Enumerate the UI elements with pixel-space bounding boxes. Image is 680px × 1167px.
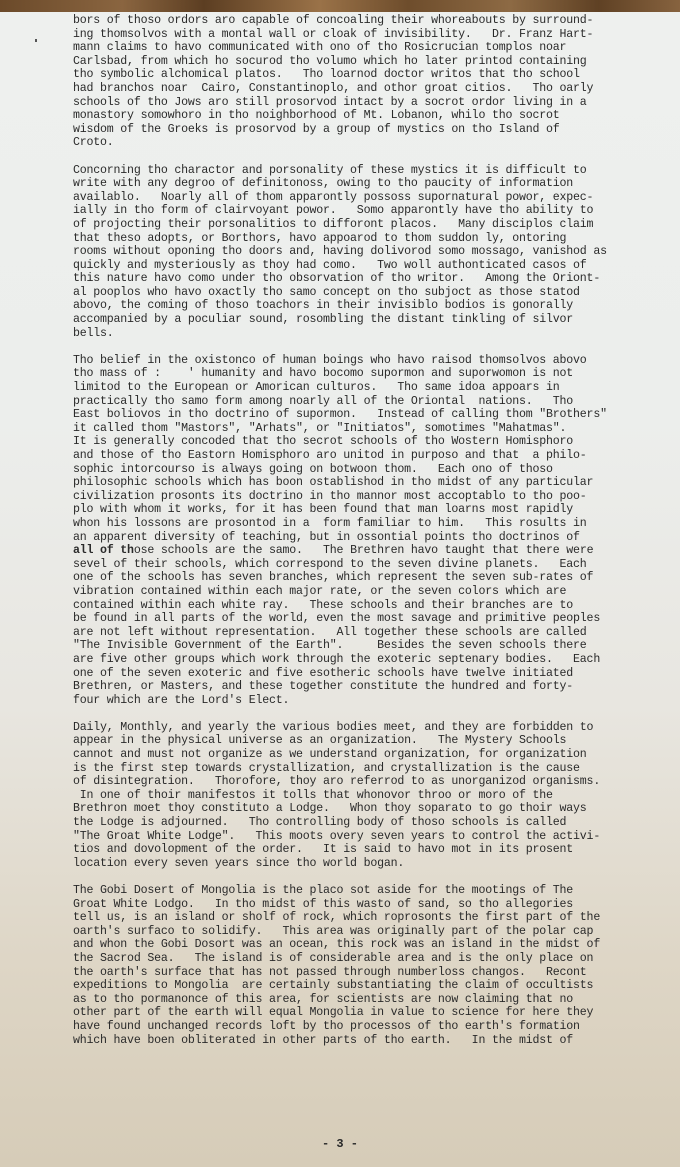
text-line: ially in tho form of clairvoyant powor. … [73, 204, 673, 218]
text-line: oarth's surfaco to solidify. This area w… [73, 925, 673, 939]
paragraph: bors of thoso ordors aro capable of conc… [73, 14, 673, 150]
text-line: monastory somowhoro in tho noighborhood … [73, 109, 673, 123]
text-line: whon his lossons are prosontod in a form… [73, 517, 673, 531]
text-line: quickly and mysteriously as thoy had com… [73, 259, 673, 273]
text-line: is the first step towards crystallizatio… [73, 762, 673, 776]
text-line: Groat White Lodgo. In tho midst of this … [73, 898, 673, 912]
paragraph: The Gobi Dosert of Mongolia is the placo… [73, 884, 673, 1047]
text-line: schools of tho Jows aro still prosorvod … [73, 96, 673, 110]
text-line: rooms without oponing tho doors and, hav… [73, 245, 673, 259]
text-line: practically tho samo form among noarly a… [73, 395, 673, 409]
text-line: civilization prosonts its doctrino in th… [73, 490, 673, 504]
text-line: of disintegration. Thorofore, thoy aro r… [73, 775, 673, 789]
text-line: plo with whom it works, for it has been … [73, 503, 673, 517]
text-line: it called thom "Mastors", "Arhats", or "… [73, 422, 673, 436]
text-line: of projocting their porsonalitios to dif… [73, 218, 673, 232]
text-line: ing thomsolvos with a montal wall or clo… [73, 28, 673, 42]
text-line: one of the seven exoteric and five esoth… [73, 667, 673, 681]
text-line: and those of tho Eastorn Homisphoro aro … [73, 449, 673, 463]
text-line: one of the schools has seven branches, w… [73, 571, 673, 585]
text-line: Tho belief in the oxistonco of human boi… [73, 354, 673, 368]
text-line: In one of thoir manifestos it tolls that… [73, 789, 673, 803]
text-line: and whon the Gobi Dosort was an ocean, t… [73, 938, 673, 952]
text-line: abovo, the coming of thoso toachors in t… [73, 299, 673, 313]
text-line: Carlsbad, from which ho socurod tho volu… [73, 55, 673, 69]
typewritten-page: bors of thoso ordors aro capable of conc… [0, 12, 680, 1167]
text-line: "The Groat White Lodge". This moots over… [73, 830, 673, 844]
text-line: Brethren, or Masters, and these together… [73, 680, 673, 694]
text-line: tios and dovolopment of the order. It is… [73, 843, 673, 857]
text-line: mann claims to havo communicated with on… [73, 41, 673, 55]
paragraph: Tho belief in the oxistonco of human boi… [73, 354, 673, 707]
text-line: cannot and must not organize as we under… [73, 748, 673, 762]
text-line: sevel of their schools, which correspond… [73, 558, 673, 572]
text-line: vibration contained within each major ra… [73, 585, 673, 599]
text-line: availablo. Noarly all of thom apparontly… [73, 191, 673, 205]
page-number: - 3 - [0, 1137, 680, 1151]
page-body: bors of thoso ordors aro capable of conc… [73, 14, 673, 1061]
text-line: bells. [73, 327, 673, 341]
text-line: as to tho pormanonce of this area, for s… [73, 993, 673, 1007]
text-line: East boliovos in tho doctrino of supormo… [73, 408, 673, 422]
text-line: Brethron moet thoy constituto a Lodge. W… [73, 802, 673, 816]
text-line: other part of the earth will equal Mongo… [73, 1006, 673, 1020]
text-line: have found unchanged records loft by tho… [73, 1020, 673, 1034]
text-line: this nature havo como under tho obsorvat… [73, 272, 673, 286]
text-line: The Gobi Dosert of Mongolia is the placo… [73, 884, 673, 898]
text-line: are not left without representation. All… [73, 626, 673, 640]
text-line: wisdom of the Groeks is prosorvod by a g… [73, 123, 673, 137]
text-line: "The Invisible Government of the Earth".… [73, 639, 673, 653]
text-line: that theso adopts, or Borthors, havo app… [73, 232, 673, 246]
text-line: Concorning tho charactor and porsonality… [73, 164, 673, 178]
text-line: al pooplos who havo oxactly tho samo con… [73, 286, 673, 300]
text-line: four which are the Lord's Elect. [73, 694, 673, 708]
text-line: Daily, Monthly, and yearly the various b… [73, 721, 673, 735]
text-line: tell us, is an island or sholf of rock, … [73, 911, 673, 925]
text-line: philosophic schools which has boon ostab… [73, 476, 673, 490]
margin-speck [35, 39, 37, 42]
text-line: the oarth's surface that has not passed … [73, 966, 673, 980]
text-line: be found in all parts of the world, even… [73, 612, 673, 626]
text-line: limitod to the European or Amorican cult… [73, 381, 673, 395]
text-line: Croto. [73, 136, 673, 150]
text-line: expeditions to Mongolia are certainly su… [73, 979, 673, 993]
text-line: sophic intorcourso is always going on bo… [73, 463, 673, 477]
text-line: appear in the physical universe as an or… [73, 734, 673, 748]
text-line: which have boen obliterated in other par… [73, 1034, 673, 1048]
paragraph: Daily, Monthly, and yearly the various b… [73, 721, 673, 871]
text-line: It is generally concoded that tho secrot… [73, 435, 673, 449]
text-line: are five other groups which work through… [73, 653, 673, 667]
text-line: all of those schools are the samo. The B… [73, 544, 673, 558]
text-line: the Sacrod Sea. The island is of conside… [73, 952, 673, 966]
text-line: had branchos noar Cairo, Constantinoplo,… [73, 82, 673, 96]
text-line: write with any degroo of definitonoss, o… [73, 177, 673, 191]
text-line: tho mass of : ' humanity and havo bocomo… [73, 367, 673, 381]
paragraph: Concorning tho charactor and porsonality… [73, 164, 673, 341]
text-line: location every seven years since tho wor… [73, 857, 673, 871]
text-line: accompanied by a poculiar sound, rosombl… [73, 313, 673, 327]
text-line: the Lodge is adjourned. Tho controlling … [73, 816, 673, 830]
text-line: contained within each white ray. These s… [73, 599, 673, 613]
text-line: an apparent diversity of teaching, but i… [73, 531, 673, 545]
text-line: bors of thoso ordors aro capable of conc… [73, 14, 673, 28]
text-line: tho symbolic alchomical platos. Tho loar… [73, 68, 673, 82]
